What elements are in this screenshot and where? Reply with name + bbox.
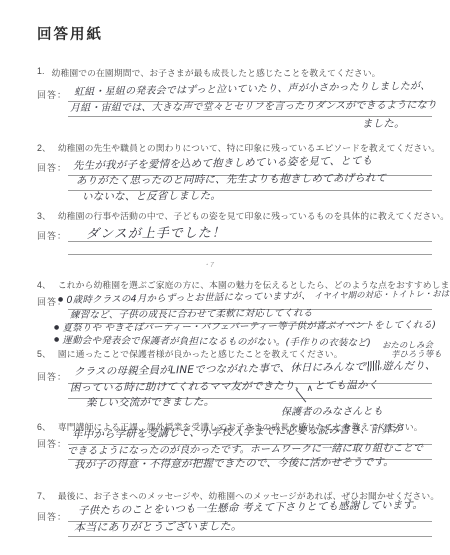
scan-artifact-mark: ・7 [203,260,214,270]
question-2-text: 幼稚園の先生や職員との関わりについて、特に印象に残っているエピソードを教えてくだ… [58,141,440,154]
question-3: 3、 幼稚園の行事や活動の中で、子どもの姿を見て印象に残っているものを具体的に教… [37,209,449,222]
insertion-caret: ∧ [306,384,313,394]
answer-5-insertion: 保護者のみなさんとも [281,402,383,418]
bullet-icon: ● [58,296,64,303]
bullet-icon: ● [54,324,59,331]
question-1: 1. 幼稚園での在園期間で、お子さまが最も成長したと感じたことを教えてください。 [37,66,381,79]
answer-sheet-page: 回答用紙 1. 幼稚園での在園期間で、お子さまが最も成長したと感じたことを教えて… [0,0,450,555]
question-2: 2、 幼稚園の先生や職員との関わりについて、特に印象に残っているエピソードを教え… [37,141,440,154]
answer-3-line-1: ダンスが上手でした！ [86,222,226,242]
question-5-number: 5、 [37,347,51,360]
question-6-number: 6、 [37,420,51,433]
answer-7-line-2: 本当にありがとうございました。 [74,518,242,535]
question-5: 5、 園に通ったことで保護者様が良かったと感じたことを教えてください。 [37,347,343,360]
question-2-number: 2、 [37,141,51,154]
bullet-icon: ● [54,336,59,343]
answer-5-line-2-b: とても温かく [314,379,378,392]
question-4-number: 4、 [37,278,51,291]
answer-label-2: 回答： [37,161,67,174]
answer-5-line-1: クラスの母親全員がLINEでつながれた事で、休日にみんなで遊んだり、 [74,358,436,379]
answer-7-rule-2 [68,536,432,537]
scribble-correction [366,360,382,372]
answer-6-line-3: 我が子の得意・不得意が把握できたので、今後に活かせそうです。 [74,454,394,472]
answer-2-line-2: ありがたく思ったのと同時に、先生よりも抱きしめてあげられて [76,170,386,188]
question-3-number: 3、 [37,209,51,222]
answer-5-line-3: 楽しい交流ができました。 [86,394,215,410]
question-3-text: 幼稚園の行事や活動の中で、子どもの姿を見て印象に残っているものを具体的に教えてく… [58,209,449,222]
answer-5-line-2-a: 困っている時に助けてくれるママ友ができたり、 [70,380,306,394]
answer-4-line-1-small: イヤイヤ期の対応・トイトレ・おはしの [314,288,450,301]
answer-1-line-3: ました。 [362,116,405,131]
answer-3-rule-2 [68,254,432,255]
answer-label-5: 回答： [37,370,67,383]
question-1-text: 幼稚園での在園期間で、お子さまが最も成長したと感じたことを教えてください。 [52,66,381,79]
answer-4-line-3: ●夏祭りや やきそばパーティー・パフェパーティー等子供が喜ぶイベントをしてくれる… [54,317,436,334]
answer-label-1: 回答： [37,88,67,101]
question-7-number: 7、 [37,489,51,502]
answer-1-line-1: 虹組・星組の発表会ではずっと泣いていたり、声が小さかったりしましたが、 [74,77,431,98]
answer-label-7: 回答： [37,510,67,523]
page-title: 回答用紙 [37,23,103,44]
answer-1-line-2: 月組・宙組では、大きな声で堂々とセリフを言ったりダンスができるようになり [70,96,437,114]
answer-4-line-1-main: 0歳時クラスの4月からずっとお世話になっていますが、 [66,291,311,306]
answer-label-6: 回答： [37,437,67,450]
answer-5-line-1-b: 遊んだり、 [382,360,436,373]
answer-5-line-2: 困っている時に助けてくれるママ友ができたり、∧とても温かく [70,377,379,395]
answer-5-line-1-a: クラスの母親全員がLINEでつながれた事で、休日にみんなで [74,361,365,378]
answer-2-line-3: いないな、と反省しました。 [82,188,221,204]
question-1-number: 1. [37,66,45,79]
question-5-text: 園に通ったことで保護者様が良かったと感じたことを教えてください。 [58,347,343,360]
answer-label-3: 回答： [37,229,67,242]
